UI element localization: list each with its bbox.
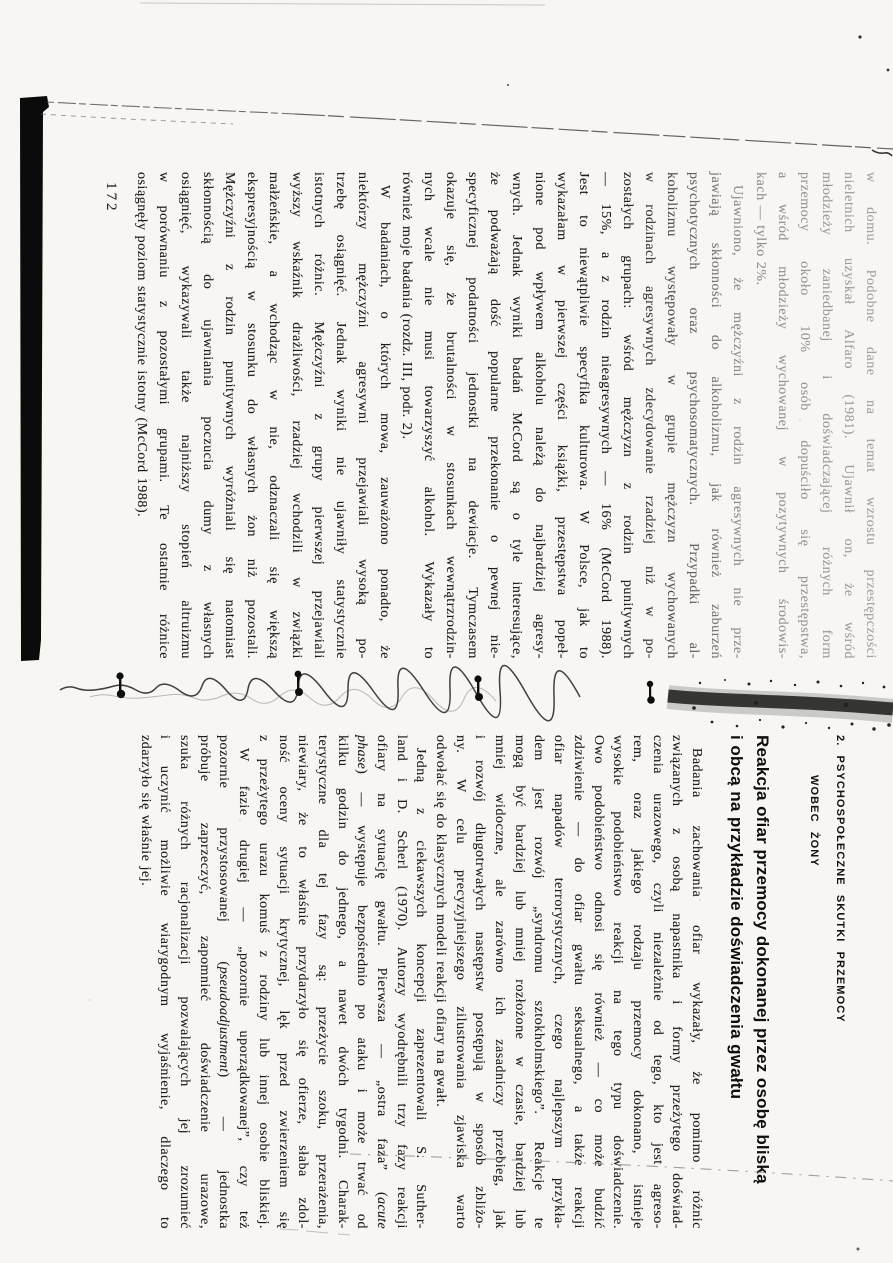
text-line: ność oceny sytuacji krytycznej, lęk prze… [273,735,293,1229]
text-line: przemocy około 10% osób dopuściło się pr… [793,172,815,659]
text-line: — 15%, a z rodzin nieagresywnych — 16% (… [594,172,616,659]
text-line: a wśród młodzieży wychowanej w pozytywny… [771,172,793,659]
text-line: małżeńskie, a wchodząc w nie, odznaczali… [262,172,284,659]
text-line: specyficznej podatności jednostki na dew… [461,172,483,659]
gutter-wavy-line [60,665,580,720]
text-line: dem jest rozwój „syndromu sztokholmskieg… [529,735,549,1229]
text-line: ofiary na sytuację gwałtu. Pierwsza — „o… [371,735,391,1229]
scanned-book-spread: w domu. Podobne dane na temat wzrostu pr… [0,0,893,1263]
page-173-text-block: Badania zachowania ofiar wykazały, że po… [135,735,706,1229]
text-line: W badaniach, o których mowa, zauważono p… [373,172,395,659]
text-line: Owo podobieństwo odnosi się również — co… [588,735,608,1229]
text-line: okazuje się, że brutalności w stosunkach… [439,172,461,659]
text-line: terystyczne dla tej fazy są: przeżycie s… [312,735,332,1229]
text-line: i rozwój długotrwałych następstw postępu… [470,735,490,1229]
speck [887,69,890,72]
speck [507,84,509,86]
gutter-dot-cluster [474,675,483,701]
text-line: niewiary, że to właśnie przydarzyło się … [293,735,313,1229]
text-line: Jest to niewątpliwie specyfika kulturowa… [572,172,594,659]
text-line: w rodzinach agresywnych zdecydowanie rza… [638,172,660,659]
running-head: 2. PSYCHOSPOŁECZNE SKUTKI PRZEMOCY WOBEC… [801,735,872,1229]
gutter-toner-halo [668,697,893,711]
text-line: próbuje zaprzeczyć, zapomnieć doświadcze… [194,735,214,1229]
text-line: Jedną z ciekawszych koncepcji zaprezento… [411,735,431,1229]
text-line: pozornie przystosowanej (pseudoadjustmen… [214,735,234,1229]
text-line: zdziwienie — do ofiar gwałtu seksualnego… [568,735,588,1229]
text-line: psychotycznych oraz psychosomatycznych. … [682,172,704,659]
gutter-wavy-echo [90,687,496,711]
section-title-line-2: i obcą na przykładzie doświadczenia gwał… [723,735,749,1229]
top-edge-line [140,3,545,5]
text-line: W fazie drugiej — „pozornie uporządkowan… [234,735,254,1229]
gutter-dot-cluster [647,681,655,704]
text-line: nieletnich uzyskał Alfaro (1981). Ujawni… [837,172,859,659]
section-title: Reakcja ofiar przemocy dokonanej przez o… [723,735,775,1229]
text-line: zostałych grupach: wśród mężczyzn z rodz… [616,172,638,659]
text-line: skłonnością do ujawniania poczucia dumy … [196,172,218,659]
text-line: wnych. Jednak wyniki badań McCord są o t… [505,172,527,659]
running-head-line-2: WOBEC ŻONY [801,775,827,1229]
section-title-line-1: Reakcja ofiar przemocy dokonanej przez o… [749,735,775,1229]
text-line: w porównaniu z pozostałymi grupami. Te o… [152,172,174,659]
page-number-172: 172 [102,182,119,214]
text-line: związanych z osobą napastnika i formy pr… [667,735,687,1229]
text-line: wykazałam w pierwszej części książki, pr… [550,172,572,659]
gutter-dot-cluster [295,671,303,696]
text-line: mniej widoczne, ale zarówno ich zasadnic… [489,735,509,1229]
text-line: nych wcale nie musi towarzyszyć alkohol.… [417,172,439,659]
text-line: ekspresyjnością w stosunku do własnych ż… [240,172,262,659]
text-line: wysokie podobieństwo reakcji na tego typ… [608,735,628,1229]
text-line: że podważają dość popularne przekonanie … [483,172,505,659]
text-line: zdarzyło się właśnie jej. [135,735,155,1229]
gutter-dot-cluster [116,672,125,698]
text-line: kach — tylko 2%. [748,172,770,659]
scratch-line-long [295,114,893,149]
text-line: Badania zachowania ofiar wykazały, że po… [686,735,706,1229]
text-line: czenia urazowego, czyli niezależnie od t… [647,735,667,1229]
text-line: z przeżytego urazu komuś z rodziny lub i… [253,735,273,1229]
text-line: Mężczyźni z rodzin punitywnych wyróżnial… [218,172,240,659]
text-line: szuka różnych racjonalizacji pozwalający… [174,735,194,1229]
text-line: niektórzy mężczyźni agresywni przejawial… [351,172,373,659]
text-line: land i D. Scherl (1970). Autorzy wyodręb… [391,735,411,1229]
text-line: rem, oraz jakiego rodzaju przemocy dokon… [627,735,647,1229]
text-line: również moje badania (rozdz. III, podr. … [395,172,417,659]
text-line: w domu. Podobne dane na temat wzrostu pr… [859,172,881,659]
text-line: kilku godzin do jednego, a nawet dwóch t… [332,735,352,1229]
text-line: ny. W celu precyzyjniejszego zilustrowan… [450,735,470,1229]
text-line: koholizmu występowały w grupie mężczyzn … [660,172,682,659]
text-line: Ujawniono, że mężczyźni z rodzin agresyw… [726,172,748,659]
running-head-line-1: 2. PSYCHOSPOŁECZNE SKUTKI PRZEMOCY [827,735,853,1229]
text-line: osiągnięć, wykazywali także najniższy st… [174,172,196,659]
page-173: 2. PSYCHOSPOŁECZNE SKUTKI PRZEMOCY WOBEC… [127,735,872,1229]
left-edge-black-strip [20,96,49,661]
page-172-text-block: w domu. Podobne dane na temat wzrostu pr… [130,172,885,659]
text-line: odwołać się do klasycznych modeli reakcj… [430,735,450,1229]
speck [858,35,861,38]
text-line: wyższy wskaźnik drażliwości, rzadziej wc… [284,172,306,659]
text-line: mogą być bardziej lub mniej rozłożone w … [509,735,529,1229]
gutter-toner-speckle [692,679,891,731]
text-line: osiągnęły poziom statystycznie istotny (… [130,172,152,659]
page-172: w domu. Podobne dane na temat wzrostu pr… [85,172,885,659]
text-line: młodzieży zaniedbanej i doświadczającej … [815,172,837,659]
text-line: phase) — występuje bezpośrednio po ataku… [352,735,372,1229]
text-line: i uczynić możliwie wiarygodnym wyjaśnien… [155,735,175,1229]
speck [857,1248,860,1251]
scratch-line-short-1 [47,102,295,114]
text-line: trzebę osiągnięć. Jednak wyniki nie ujaw… [329,172,351,659]
text-line: ofiar napadów terrorystycznych, czego na… [549,735,569,1229]
speck-squiggle [872,150,892,156]
text-line: istotnych różnic. Mężczyźni z grupy pier… [307,172,329,659]
scratch-line-short-2 [41,114,233,124]
text-line: nione pod wpływem alkoholu należą do naj… [528,172,550,659]
text-line: jawiają skłonności do alkoholizmu, jak r… [704,172,726,659]
small-dash-marks [280,1229,350,1235]
gutter-toner-band [668,696,893,709]
